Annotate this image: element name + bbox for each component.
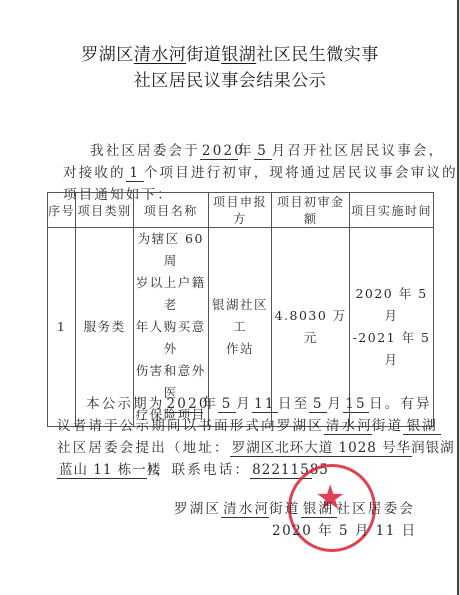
notice-line1: 本公示期为2020年5月11日至5月15日。有异 [86, 392, 432, 413]
intro-line1: 我社区居委会于2020年5月召开社区居民议事会， [90, 139, 444, 160]
header-applicant: 项目申报方 [208, 193, 272, 228]
notice-end-day: 15 [343, 397, 369, 413]
title-suffix: 社区民生微实事 [256, 45, 379, 65]
notice-text: 社区居委会提出（地址： [57, 440, 230, 456]
notice-text: 月 [327, 396, 343, 412]
notice-text: 日至 [278, 396, 309, 412]
table-header-row: 序号 项目类别 项目名称 项目申报方 项目初审金额 项目实施时间 [48, 193, 434, 228]
title-district: 罗湖区 [81, 45, 134, 65]
signature-text: 社区居委会 [337, 501, 416, 517]
intro-text: 年 [238, 143, 254, 159]
signature-street: 清水河 [221, 502, 269, 518]
intro-text: 我社区居委会于 [90, 143, 200, 159]
notice-line4: 蓝山 11 栋一楼），联系电话：82211585 [57, 458, 312, 479]
signature-community: 银湖 [301, 502, 337, 518]
header-period: 项目实施时间 [350, 193, 434, 228]
cell-applicant-line: 银湖社区工 [209, 294, 272, 338]
notice-start-day: 11 [252, 397, 278, 413]
cell-applicant-line: 作站 [209, 338, 272, 360]
notice-line2: 议者请于公示期间以书面形式向罗湖区清水河街道银湖 [57, 414, 441, 435]
cell-name-line: 年人购买意外 [134, 316, 208, 360]
notice-text: 街道 [372, 418, 403, 434]
cell-name-line: 为辖区 60 周 [134, 228, 208, 272]
notice-text: 本公示期为 [86, 396, 165, 412]
notice-street: 清水河 [324, 419, 372, 435]
cell-no: 1 [48, 228, 76, 427]
cell-period-line: -2021 年 5 月 [350, 327, 433, 371]
signature-text: 街道 [269, 501, 300, 517]
intro-count: 1 [126, 166, 144, 182]
title-community: 银湖 [221, 45, 256, 65]
notice-text: 议者请于公示期间以书面形式向罗湖区 [57, 418, 324, 434]
notice-text: 月 [236, 396, 252, 412]
signature-date: 2020 年 5 月 11 日 [272, 519, 417, 539]
notice-year: 2020 [165, 397, 203, 413]
intro-line2: 对接收的1个项目进行初审，现将通过居民议事会审议的 [63, 161, 458, 182]
notice-start-month: 5 [218, 397, 236, 413]
notice-address-line1: 罗湖区北环大道 1028 号华润银湖 [230, 441, 412, 457]
notice-end-month: 5 [309, 397, 327, 413]
intro-month: 5 [254, 144, 272, 160]
cell-period-line: 2020 年 5 月 [350, 283, 433, 327]
signature-text: 罗湖区 [174, 501, 221, 517]
notice-address-line2: 蓝山 11 栋一楼 [57, 463, 147, 479]
notice-text: 日。有异 [369, 396, 432, 412]
header-category: 项目类别 [76, 193, 134, 228]
header-no: 序号 [48, 193, 76, 228]
header-amount: 项目初审金额 [272, 193, 350, 228]
cell-name-line: 岁以上户籍老 [134, 272, 208, 316]
title-street: 清水河 [134, 45, 187, 65]
intro-text: 月召开社区居民议事会， [272, 143, 445, 159]
intro-text: 对接收的 [63, 165, 126, 181]
signature-line: 罗湖区清水河街道银湖社区居委会 [174, 497, 415, 518]
notice-text: ），联系电话： [147, 462, 250, 478]
header-name: 项目名称 [133, 193, 208, 228]
document-title-line1: 罗湖区清水河街道银湖社区民生微实事 [0, 40, 460, 65]
notice-line3: 社区居委会提出（地址：罗湖区北环大道 1028 号华润银湖 [57, 436, 412, 457]
document-title-line2: 社区居民议事会结果公示 [0, 66, 460, 91]
title-street-suffix: 街道 [186, 45, 221, 65]
intro-year: 2020 [200, 144, 238, 160]
notice-text: 年 [203, 396, 219, 412]
intro-text: 个项目进行初审，现将通过居民议事会审议的 [144, 165, 458, 181]
notice-community: 银湖 [403, 419, 441, 435]
